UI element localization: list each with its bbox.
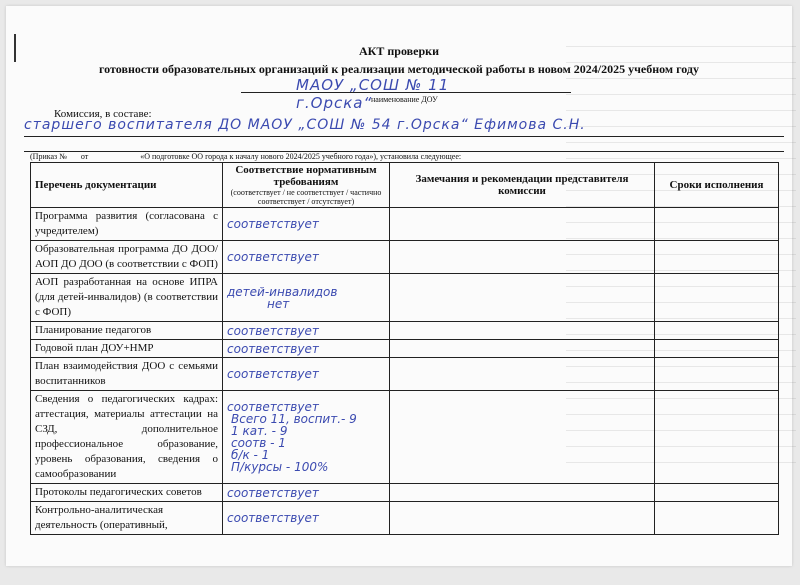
header-compliance: Соответствие нормативным требованиям(соо… — [223, 163, 390, 208]
compliance-cell: соответствует — [223, 502, 390, 535]
document-sheet: АКТ проверки готовности образовательных … — [6, 6, 792, 566]
commission-underline — [24, 136, 784, 137]
table-row: Образовательная программа ДО ДОО/ АОП ДО… — [31, 241, 779, 274]
compliance-note: соответствует — [227, 218, 385, 230]
table-row: АОП разработанная на основе ИПРА (для де… — [31, 274, 779, 322]
remarks-cell — [390, 241, 655, 274]
deadline-cell — [655, 241, 779, 274]
deadline-cell — [655, 340, 779, 358]
document-subtitle: готовности образовательных организаций к… — [6, 62, 792, 77]
compliance-cell: соответствуетВсего 11, воспит.- 91 кат. … — [223, 391, 390, 484]
compliance-cell: соответствует — [223, 484, 390, 502]
table-row: Планирование педагоговсоответствует — [31, 322, 779, 340]
order-prefix: (Приказ № — [30, 152, 67, 161]
header-deadlines: Сроки исполнения — [655, 163, 779, 208]
compliance-note: соответствует — [227, 368, 385, 380]
compliance-cell: соответствует — [223, 322, 390, 340]
order-text: «О подготовке ОО города к началу нового … — [140, 152, 461, 161]
dou-name-handwritten: МАОУ „СОШ № 11 г.Орска“ — [296, 76, 516, 112]
compliance-note: П/курсы - 100% — [227, 461, 385, 473]
table-row: Сведения о педагогических кадрах: аттест… — [31, 391, 779, 484]
table-row: План взаимодействия ДОО с семьями воспит… — [31, 358, 779, 391]
compliance-cell: соответствует — [223, 358, 390, 391]
remarks-cell — [390, 502, 655, 535]
commission-handwritten: старшего воспитателя ДО МАОУ „СОШ № 54 г… — [24, 117, 794, 133]
compliance-note: соответствует — [227, 512, 385, 524]
compliance-note: соответствует — [227, 343, 385, 355]
deadline-cell — [655, 208, 779, 241]
table-header-row: Перечень документации Соответствие норма… — [31, 163, 779, 208]
compliance-cell: соответствует — [223, 340, 390, 358]
compliance-note: нет — [227, 298, 385, 310]
deadline-cell — [655, 484, 779, 502]
table-row: Контрольно-аналитическая деятельность (о… — [31, 502, 779, 535]
header-documentation: Перечень документации — [31, 163, 223, 208]
remarks-cell — [390, 391, 655, 484]
remarks-cell — [390, 484, 655, 502]
remarks-cell — [390, 358, 655, 391]
deadline-cell — [655, 391, 779, 484]
compliance-cell: детей-инвалидовнет — [223, 274, 390, 322]
compliance-note: соответствует — [227, 251, 385, 263]
compliance-note: соответствует — [227, 487, 385, 499]
order-line: (Приказ №от«О подготовке ОО города к нач… — [30, 152, 461, 161]
deadline-cell — [655, 502, 779, 535]
doc-cell: АОП разработанная на основе ИПРА (для де… — [31, 274, 223, 322]
compliance-note: соответствует — [227, 325, 385, 337]
doc-cell: План взаимодействия ДОО с семьями воспит… — [31, 358, 223, 391]
document-title: АКТ проверки — [6, 44, 792, 59]
doc-cell: Годовой план ДОУ+НМР — [31, 340, 223, 358]
compliance-cell: соответствует — [223, 241, 390, 274]
deadline-cell — [655, 274, 779, 322]
table-row: Протоколы педагогических советовсоответс… — [31, 484, 779, 502]
inspection-table: Перечень документации Соответствие норма… — [30, 162, 779, 535]
table-row: Программа развития (согласована с учреди… — [31, 208, 779, 241]
remarks-cell — [390, 274, 655, 322]
doc-cell: Протоколы педагогических советов — [31, 484, 223, 502]
table-row: Годовой план ДОУ+НМРсоответствует — [31, 340, 779, 358]
deadline-cell — [655, 358, 779, 391]
doc-cell: Планирование педагогов — [31, 322, 223, 340]
compliance-note: детей-инвалидов — [227, 286, 385, 298]
header-remarks: Замечания и рекомендации представителя к… — [390, 163, 655, 208]
dou-underline — [241, 92, 571, 93]
dou-label: наименование ДОУ — [371, 95, 438, 104]
doc-cell: Сведения о педагогических кадрах: аттест… — [31, 391, 223, 484]
order-from: от — [81, 152, 88, 161]
remarks-cell — [390, 322, 655, 340]
compliance-cell: соответствует — [223, 208, 390, 241]
remarks-cell — [390, 340, 655, 358]
doc-cell: Программа развития (согласована с учреди… — [31, 208, 223, 241]
doc-cell: Образовательная программа ДО ДОО/ АОП ДО… — [31, 241, 223, 274]
deadline-cell — [655, 322, 779, 340]
doc-cell: Контрольно-аналитическая деятельность (о… — [31, 502, 223, 535]
remarks-cell — [390, 208, 655, 241]
